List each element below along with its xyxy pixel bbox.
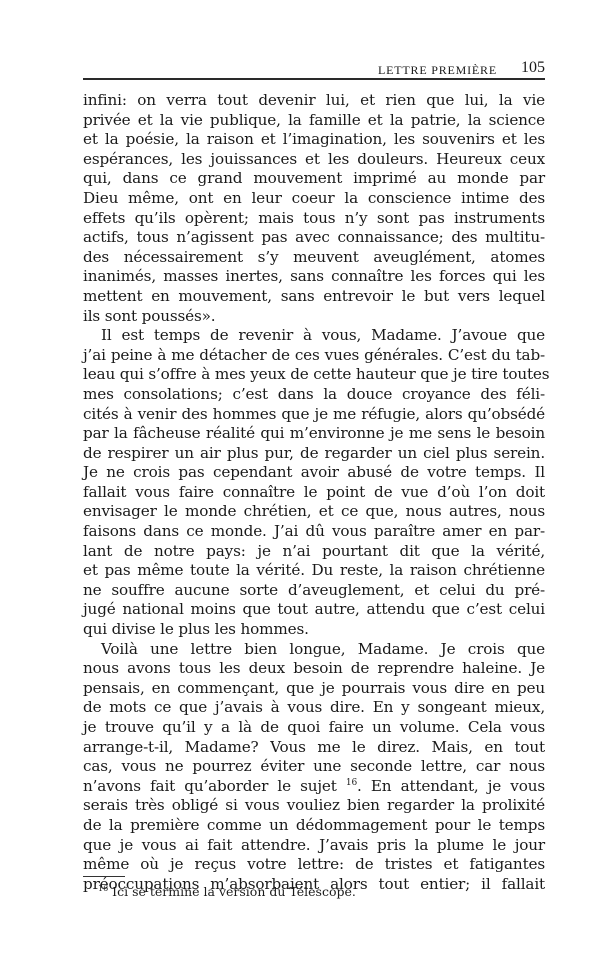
text-line: que je vous ai fait attendre. J’avais pr… bbox=[83, 836, 545, 856]
text-line: envisager le monde chrétien, et ce que, … bbox=[83, 502, 545, 522]
footnote-number: 16 bbox=[98, 884, 108, 893]
text-line: actifs, tous n’agissent pas avec connais… bbox=[83, 228, 545, 248]
text-line: inanimés, masses inertes, sans connaître… bbox=[83, 267, 545, 287]
text-line: infini: on verra tout devenir lui, et ri… bbox=[83, 91, 545, 111]
text-line: et la poésie, la raison et l’imagination… bbox=[83, 130, 545, 150]
text-line: pensais, en commençant, que je pourrais … bbox=[83, 679, 545, 699]
text-line: fallait vous faire connaître le point de… bbox=[83, 483, 545, 503]
text-line: j’ai peine à me détacher de ces vues gén… bbox=[83, 346, 545, 366]
paragraph-start-line: Il est temps de revenir à vous, Madame. … bbox=[83, 326, 545, 346]
text-line: faisons dans ce monde. J’ai dû vous para… bbox=[83, 522, 545, 542]
text-line: cités à venir des hommes que je me réfug… bbox=[83, 405, 545, 425]
footnote-text: Ici se termine la version du Télescope. bbox=[108, 884, 356, 899]
text-line: qui divise le plus les hommes. bbox=[83, 620, 545, 640]
text-line: jugé national moins que tout autre, atte… bbox=[83, 600, 545, 620]
body-text: infini: on verra tout devenir lui, et ri… bbox=[83, 91, 545, 894]
page-number: 105 bbox=[521, 59, 545, 77]
text-line: mettent en mouvement, sans entrevoir le … bbox=[83, 287, 545, 307]
page-header: LETTRE PREMIÈRE 105 bbox=[83, 56, 545, 80]
text-line: mes consolations; c’est dans la douce cr… bbox=[83, 385, 545, 405]
text-line: nous avons tous les deux besoin de repre… bbox=[83, 659, 545, 679]
text-segment: n’avons fait qu’aborder le sujet bbox=[83, 777, 346, 795]
header-rule bbox=[83, 78, 545, 80]
text-line: Je ne crois pas cependant avoir abusé de… bbox=[83, 463, 545, 483]
text-line: cas, vous ne pourrez éviter une seconde … bbox=[83, 757, 545, 777]
text-line: même où je reçus votre lettre: de triste… bbox=[83, 855, 545, 875]
text-line: de la première comme un dédommagement po… bbox=[83, 816, 545, 836]
text-line: espérances, les jouissances et les doule… bbox=[83, 150, 545, 170]
text-line: ne souffre aucune sorte d’aveuglement, e… bbox=[83, 581, 545, 601]
text-line: de respirer un air plus pur, de regarder… bbox=[83, 444, 545, 464]
text-line: effets qu’ils opèrent; mais tous n’y son… bbox=[83, 209, 545, 229]
text-line: par la fâcheuse réalité qui m’environne … bbox=[83, 424, 545, 444]
footnote-rule bbox=[83, 876, 125, 877]
text-line: je trouve qu’il y a là de quoi faire un … bbox=[83, 718, 545, 738]
text-line: leau qui s’offre à mes yeux de cette hau… bbox=[83, 365, 545, 385]
text-line: serais très obligé si vous vouliez bien … bbox=[83, 796, 545, 816]
text-line: et pas même toute la vérité. Du reste, l… bbox=[83, 561, 545, 581]
text-line: privée et la vie publique, la famille et… bbox=[83, 111, 545, 131]
text-line: arrange-t-il, Madame? Vous me le direz. … bbox=[83, 738, 545, 758]
text-line: Dieu même, ont en leur coeur la conscien… bbox=[83, 189, 545, 209]
text-line: qui, dans ce grand mouvement imprimé au … bbox=[83, 169, 545, 189]
footnote-reference[interactable]: 16 bbox=[346, 778, 357, 788]
running-title: LETTRE PREMIÈRE bbox=[378, 63, 497, 78]
text-line: de mots ce que j’avais à vous dire. En y… bbox=[83, 698, 545, 718]
text-line: des nécessairement s’y meuvent aveugléme… bbox=[83, 248, 545, 268]
text-line: ils sont poussés». bbox=[83, 307, 545, 327]
text-line: lant de notre pays: je n’ai pourtant dit… bbox=[83, 542, 545, 562]
text-segment: . En attendant, je vous bbox=[357, 777, 545, 795]
footnote: 16 Ici se termine la version du Télescop… bbox=[98, 884, 356, 899]
paragraph-start-line: Voilà une lettre bien longue, Madame. Je… bbox=[83, 640, 545, 660]
text-line-with-note: n’avons fait qu’aborder le sujet 16. En … bbox=[83, 777, 545, 797]
